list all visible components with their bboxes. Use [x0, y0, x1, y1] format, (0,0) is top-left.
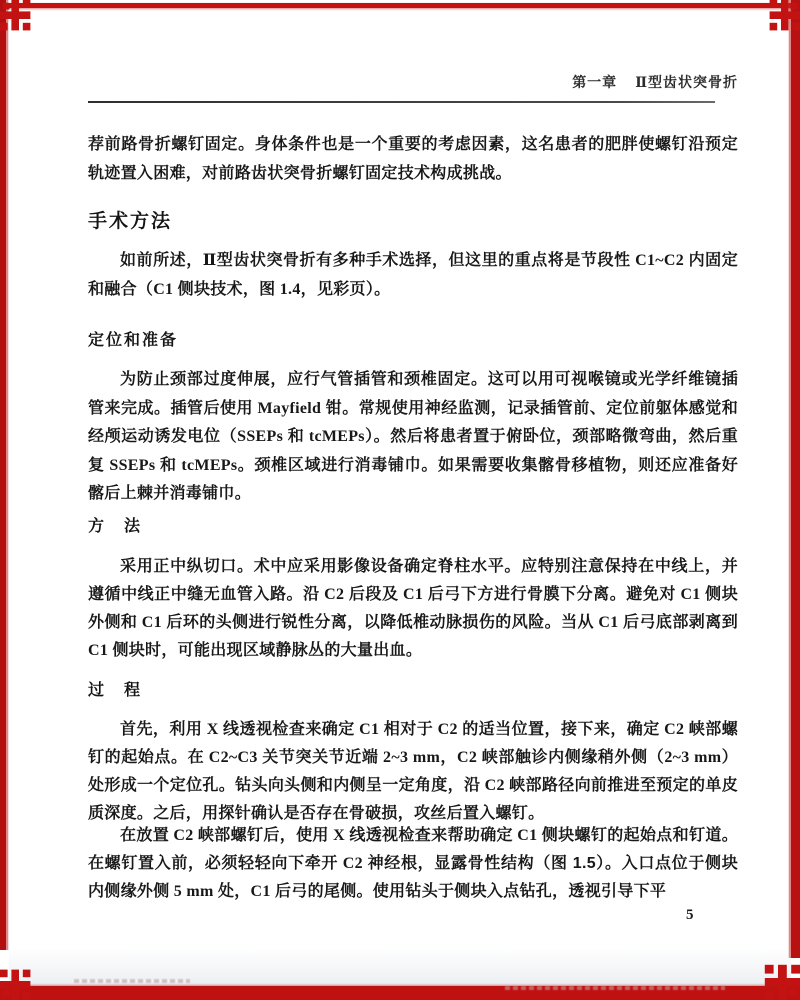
running-header: 第一章Ⅱ型齿状突骨折: [88, 72, 746, 92]
knot-ornament-bottom-left-icon: [0, 962, 38, 1000]
scanned-book-page: { "colors": { "frame_red": "#c31212", "t…: [0, 0, 800, 1000]
paragraph-intro-continuation: 荐前路骨折螺钉固定。身体条件也是一个重要的考虑因素，这名患者的肥胖使螺钉沿预定轨…: [88, 130, 738, 188]
frame-left-bar: [0, 0, 9, 950]
knot-ornament-bottom-right-icon: [756, 956, 800, 1000]
paragraph-procedure-1: 首先，利用 X 线透视检查来确定 C1 相对于 C2 的适当位置，接下来，确定 …: [88, 716, 738, 828]
paragraph-surgical-methods: 如前所述，Ⅱ型齿状突骨折有多种手术选择，但这里的重点将是节段性 C1~C2 内固…: [88, 246, 738, 304]
faint-watermark-right: [505, 986, 725, 990]
faint-watermark-left: [74, 979, 190, 983]
section-heading-procedure: 过 程: [88, 677, 738, 700]
section-heading-surgical-methods: 手术方法: [88, 206, 738, 233]
figure-reference-1-5: 图 1.5: [551, 855, 596, 872]
paragraph-procedure-2: 在放置 C2 峡部螺钉后，使用 X 线透视检查来帮助确定 C1 侧块螺钉的起始点…: [88, 822, 738, 906]
frame-top-line: [0, 3, 800, 8]
paragraph-method: 采用正中纵切口。术中应采用影像设备确定脊柱水平。应特别注意保持在中线上，并遵循中…: [88, 553, 738, 665]
frame-right-bar: [788, 0, 800, 958]
section-heading-positioning-preparation: 定位和准备: [88, 327, 738, 350]
chapter-title: Ⅱ型齿状突骨折: [635, 76, 738, 91]
chapter-label: 第一章: [572, 76, 617, 91]
header-rule: [88, 101, 715, 103]
knot-ornament-top-right-icon: [762, 0, 800, 38]
knot-ornament-top-left-icon: [0, 0, 38, 38]
section-heading-method: 方 法: [88, 513, 738, 536]
paragraph-positioning-preparation: 为防止颈部过度伸展，应行气管插管和颈椎固定。这可以用可视喉镜或光学纤维镜插管来完…: [88, 366, 738, 509]
page-number: 5: [686, 907, 694, 924]
